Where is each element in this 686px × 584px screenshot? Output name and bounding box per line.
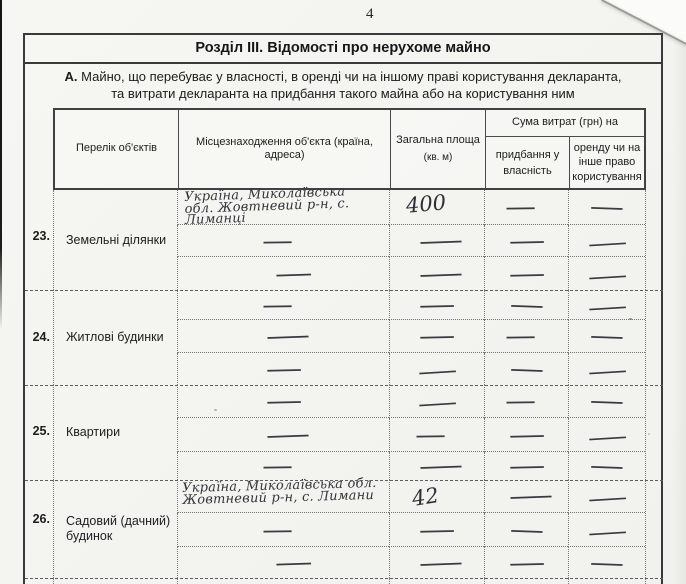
- dash-mark: —: [508, 431, 546, 438]
- dash-mark: —: [418, 237, 464, 245]
- handwritten-area: 400: [405, 190, 447, 217]
- rent-cell: —: [568, 290, 645, 320]
- dash-mark: —: [265, 366, 303, 373]
- dash-mark: —: [261, 526, 292, 532]
- header-objects: Перелік об'єктів: [55, 110, 178, 188]
- row-number-24: 24.: [26, 330, 50, 344]
- dash-mark: —: [417, 367, 459, 375]
- table-item-24: Житлові будинки — — — — — — — — — — — —: [53, 290, 646, 385]
- dash-mark: —: [508, 270, 546, 277]
- header-expenses-group: Сума витрат (грн) на: [485, 110, 644, 137]
- item-label: Квартири: [54, 385, 177, 480]
- rent-cell: —: [568, 320, 645, 353]
- intro-prefix: А.: [65, 69, 78, 84]
- dash-mark: —: [589, 462, 624, 469]
- dash-mark: —: [589, 397, 624, 404]
- dash-mark: —: [587, 238, 629, 246]
- dash-mark: —: [264, 431, 310, 439]
- dash-mark: —: [418, 462, 464, 470]
- purchase-cell: —: [484, 480, 568, 513]
- location-cell: —: [177, 385, 389, 418]
- page-number: 4: [366, 6, 374, 23]
- row-divider: [25, 290, 663, 291]
- rent-cell: —: [568, 353, 645, 385]
- scanned-declaration-page: 4 Розділ III. Відомості про нерухоме май…: [0, 0, 686, 584]
- rent-cell: —: [568, 547, 645, 578]
- dash-mark: —: [587, 302, 629, 310]
- area-cell: —: [389, 385, 484, 418]
- purchase-cell: —: [484, 290, 568, 320]
- dash-mark: —: [509, 526, 544, 533]
- dash-mark: —: [509, 365, 544, 372]
- dash-mark: —: [261, 237, 292, 243]
- location-cell: —: [177, 225, 389, 257]
- dash-mark: —: [265, 398, 303, 405]
- row-number-25: 25.: [26, 424, 50, 438]
- dash-mark: —: [508, 463, 546, 470]
- handwritten-area: 42: [410, 483, 440, 511]
- purchase-cell: —: [484, 320, 568, 353]
- dash-mark: —: [587, 527, 629, 535]
- rent-cell: —: [568, 257, 645, 290]
- dash-mark: —: [261, 301, 292, 307]
- rent-cell: —: [568, 190, 645, 225]
- area-cell: —: [389, 513, 484, 547]
- section-title: Розділ III. Відомості про нерухоме майно: [25, 35, 661, 64]
- dash-mark: —: [507, 492, 553, 500]
- row-divider: [25, 385, 663, 386]
- dash-mark: —: [587, 494, 629, 502]
- rent-cell: —: [568, 513, 645, 547]
- rent-cell: —: [568, 418, 645, 452]
- area-cell: —: [389, 225, 484, 257]
- dash-mark: —: [261, 463, 292, 469]
- dash-mark: —: [274, 270, 313, 277]
- table-item-23: Земельні ділянки Україна, Миколаївська о…: [53, 190, 646, 290]
- header-rent: оренду чи на інше право користування: [569, 137, 644, 188]
- dash-mark: —: [589, 203, 624, 210]
- header-location: Місцезнаходження об'єкта (країна, адреса…: [178, 110, 390, 188]
- rent-cell: —: [568, 385, 645, 418]
- dash-mark: —: [417, 399, 459, 407]
- area-cell: 400: [389, 190, 484, 225]
- area-cell: —: [389, 257, 484, 290]
- dash-mark: —: [415, 431, 446, 437]
- purchase-cell: —: [484, 257, 568, 290]
- item-label: Житлові будинки: [54, 290, 177, 385]
- dash-mark: —: [504, 204, 535, 210]
- table-header: Перелік об'єктів Місцезнаходження об'єкт…: [53, 108, 646, 190]
- area-cell: —: [389, 353, 484, 385]
- purchase-cell: —: [484, 353, 568, 385]
- row-divider: [25, 480, 663, 481]
- dash-mark: —: [418, 559, 464, 567]
- location-cell: —: [177, 320, 389, 353]
- header-area: Загальна площа (кв. м): [390, 110, 485, 188]
- area-cell: —: [389, 452, 484, 480]
- dash-mark: —: [418, 333, 456, 340]
- dash-mark: —: [508, 237, 546, 244]
- location-cell: —: [177, 513, 389, 547]
- area-cell: 42: [389, 480, 484, 513]
- dash-mark: —: [587, 367, 629, 375]
- purchase-cell: —: [484, 418, 568, 452]
- handwritten-location: Україна, Миколаївська обл. Жовтневий р-н…: [182, 478, 383, 507]
- row-number-23: 23.: [26, 229, 50, 243]
- dash-mark: —: [589, 332, 624, 339]
- location-cell: Україна, Миколаївська обл. Жовтневий р-н…: [177, 480, 389, 513]
- rent-cell: —: [568, 452, 645, 480]
- dash-mark: —: [508, 559, 546, 566]
- dash-mark: —: [587, 432, 629, 440]
- purchase-cell: —: [484, 513, 568, 547]
- purchase-cell: —: [484, 547, 568, 578]
- intro-line1: Майно, що перебуває у власності, в оренд…: [81, 69, 621, 84]
- purchase-cell: —: [484, 452, 568, 480]
- location-cell: —: [177, 353, 389, 385]
- rent-cell: —: [568, 480, 645, 513]
- item-label: Садовий (дачний) будинок: [54, 480, 177, 578]
- location-cell: —: [177, 547, 389, 578]
- dash-mark: —: [509, 301, 544, 308]
- dash-mark: —: [418, 301, 456, 308]
- rent-cell: —: [568, 225, 645, 257]
- dash-mark: —: [504, 333, 535, 339]
- intro-line2: та витрати декларанта на придбання таког…: [111, 86, 574, 101]
- handwritten-location: Україна, Миколаївська обл. Жовтневий р-н…: [184, 186, 357, 226]
- dash-mark: —: [587, 271, 629, 279]
- row-number-26: 26.: [26, 512, 50, 526]
- area-cell: —: [389, 418, 484, 452]
- dash-mark: —: [418, 270, 464, 278]
- location-cell: —: [177, 257, 389, 290]
- purchase-cell: —: [484, 225, 568, 257]
- dash-mark: —: [418, 526, 456, 533]
- dash-mark: —: [589, 559, 624, 566]
- location-cell: —: [177, 418, 389, 452]
- row-divider: [25, 578, 663, 579]
- header-purchase: придбання у власність: [485, 137, 569, 188]
- section-intro: А. Майно, що перебуває у власності, в ор…: [25, 64, 661, 102]
- scan-shading: [672, 0, 686, 584]
- scan-edge-artifact: [0, 0, 2, 330]
- area-cell: —: [389, 290, 484, 320]
- area-cell: —: [389, 320, 484, 353]
- item-label: Земельні ділянки: [54, 190, 177, 290]
- purchase-cell: —: [484, 190, 568, 225]
- purchase-cell: —: [484, 385, 568, 418]
- area-cell: —: [389, 547, 484, 578]
- table-item-25: Квартири — — — — — — — — — — — —: [53, 385, 646, 480]
- location-cell: —: [177, 290, 389, 320]
- dash-mark: —: [264, 332, 310, 340]
- location-cell: Україна, Миколаївська обл. Жовтневий р-н…: [177, 190, 389, 225]
- table-item-26: Садовий (дачний) будинок Україна, Микола…: [53, 480, 646, 578]
- dash-mark: —: [504, 398, 535, 404]
- dash-mark: —: [274, 559, 313, 566]
